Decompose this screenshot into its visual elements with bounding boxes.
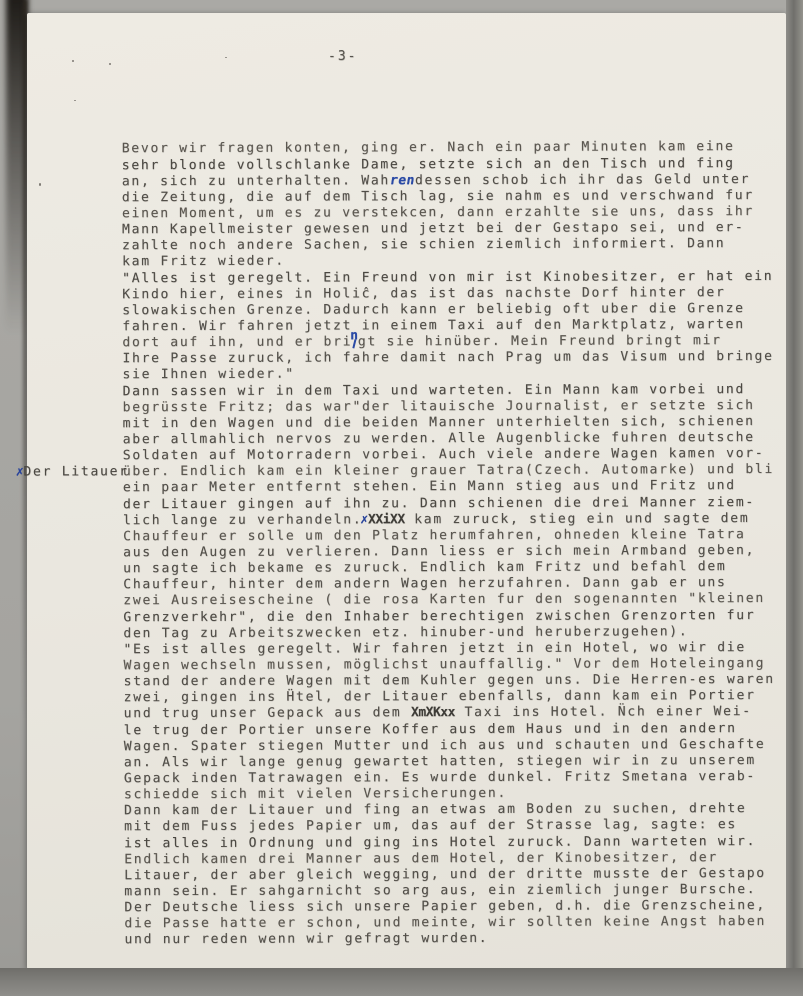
text-segment: mit in den Wagen und die beiden Manner u… bbox=[123, 414, 755, 431]
text-segment: "Es ist alles geregelt. Wir fahren jetzt… bbox=[123, 640, 746, 657]
blue-hand-mark: ren bbox=[389, 173, 416, 189]
text-segment: sehr blonde vollschlanke Dame, setzte si… bbox=[122, 156, 735, 173]
text-segment: an. Als wir lange genug gewartet hatten,… bbox=[124, 753, 756, 770]
paper-speck bbox=[39, 183, 41, 186]
scanner-right-margin bbox=[786, 0, 803, 996]
text-line: zahlte noch andere Sachen, sie schien zi… bbox=[122, 236, 803, 255]
text-segment: Kindo hier, eines in Holiĉ, das ist das … bbox=[122, 285, 725, 302]
text-segment: kam Fritz wieder. bbox=[122, 254, 285, 270]
text-segment: Soldaten auf Motorradern vorbei. Auch vi… bbox=[123, 446, 765, 463]
text-segment: lich lange zu verhandeln. bbox=[123, 512, 362, 528]
text-segment: schiedde sich mit vielen Versicherungen. bbox=[124, 786, 507, 802]
text-segment: Endlich kamen drei Manner aus dem Hotel,… bbox=[124, 850, 718, 867]
text-segment: aus den Augen zu verlieren. Dann liess e… bbox=[123, 543, 755, 560]
blue-sup-mark: n bbox=[350, 329, 360, 344]
text-segment: Gepack inden Tatrawagen ein. Es wurde du… bbox=[124, 769, 756, 786]
text-segment: "Alles ist geregelt. Ein Freund von mir … bbox=[122, 269, 773, 286]
text-segment: zahlte noch andere Sachen, sie schien zi… bbox=[122, 236, 725, 253]
text-line: und nur reden wenn wir gefragt wurden. bbox=[124, 930, 803, 949]
page-number: -3- bbox=[328, 49, 357, 64]
text-segment: Grenzverkehr", die den Inhaber berechtig… bbox=[123, 608, 755, 625]
text-segment: dort auf ihn, und er bri bbox=[122, 335, 352, 351]
text-segment: über. Endlich kam ein kleiner grauer Tat… bbox=[123, 462, 774, 479]
strike-mark: XXiXX bbox=[368, 512, 405, 527]
text-line: die Passe hatte er schon, und meinte, wi… bbox=[124, 914, 803, 933]
scanner-bottom-margin bbox=[0, 968, 803, 996]
scanner-background: -3- ✗Der Litauer Bevor wir fragen konten… bbox=[0, 0, 803, 996]
strike-mark: XmXKxx bbox=[411, 705, 455, 720]
text-line: Ihre Passe zuruck, ich fahre damit nach … bbox=[122, 349, 803, 368]
text-segment: gt sie hinüber. Mein Freund bringt mir bbox=[358, 333, 722, 349]
text-segment: ist alles in Ordnung und ging ins Hotel … bbox=[124, 834, 756, 851]
text-segment: dessen schob ich ihr das Geld unter bbox=[415, 172, 750, 188]
text-line: Gepack inden Tatrawagen ein. Es wurde du… bbox=[124, 769, 803, 788]
text-segment: Bevor wir fragen konten, ging er. Nach e… bbox=[122, 140, 735, 157]
text-segment: le trug der Portier unsere Koffer aus de… bbox=[124, 721, 737, 738]
text-segment: aber allmahlich nervos zu werden. Alle A… bbox=[123, 430, 755, 447]
document-page: -3- ✗Der Litauer Bevor wir fragen konten… bbox=[27, 13, 786, 969]
paper-speck bbox=[72, 60, 74, 62]
text-segment: zwei, gingen ins Ḧtel, der Litauer ebenf… bbox=[124, 688, 756, 705]
text-segment: zwei Ausreisescheine ( die rosa Karten f… bbox=[123, 591, 765, 608]
text-segment: die Zeitung, die auf dem Tisch lag, sie … bbox=[122, 188, 754, 205]
text-segment: an, sich zu unterhalten. Wah bbox=[122, 173, 390, 189]
margin-note: ✗Der Litauer bbox=[18, 464, 129, 481]
text-segment: mit dem Fuss jedes Papier um, das auf de… bbox=[124, 817, 737, 834]
text-segment: der Litauer gingen auf ihn zu. Dann schi… bbox=[123, 495, 755, 512]
paper-speck bbox=[109, 63, 111, 65]
text-segment: Ihre Passe zuruck, ich fahre damit nach … bbox=[122, 349, 773, 366]
text-segment: Der Deutsche liess sich unsere Papier ge… bbox=[124, 898, 766, 915]
text-line: Grenzverkehr", die den Inhaber berechtig… bbox=[123, 607, 803, 626]
text-segment: Chauffeur er solle um den Platz herumfah… bbox=[123, 527, 746, 544]
text-segment: Dann sassen wir in dem Taxi und warteten… bbox=[123, 382, 746, 399]
margin-note-text: Der Litauer bbox=[23, 464, 128, 479]
text-segment: Mann Kapellmeister gewesen und jetzt bei… bbox=[122, 220, 745, 237]
text-segment: Dann kam der Litauer und fing an etwas a… bbox=[124, 801, 747, 818]
text-segment: und nur reden wenn wir gefragt wurden. bbox=[124, 931, 488, 947]
text-segment: mann sein. Er sahgarnicht so arg aus, ei… bbox=[124, 882, 756, 899]
paper-speck bbox=[74, 100, 76, 101]
text-segment: un sagte ich bekame es zuruck. Endlich k… bbox=[123, 559, 726, 576]
text-segment: die Passe hatte er schon, und meinte, wi… bbox=[124, 914, 766, 931]
text-segment: Litauer, der aber gleich wegging, und de… bbox=[124, 866, 766, 883]
text-segment: kam zuruck, stieg ein und sagte dem bbox=[405, 511, 750, 527]
text-segment: Chauffeur, hinter dem andern Wagen herzu… bbox=[123, 575, 726, 592]
text-segment: einen Moment, um es zu verstekcen, dann … bbox=[122, 204, 754, 221]
text-segment: Taxi ins Hotel. N̈ch einer Wei- bbox=[455, 704, 752, 720]
text-segment: slowakischen Grenze. Dadurch kann er bel… bbox=[122, 301, 745, 318]
text-segment: fahren. Wir fahren jetzt in einem Taxi a… bbox=[122, 317, 745, 334]
text-segment: Wagen wechseln mussen, möglichst unauffa… bbox=[123, 656, 765, 673]
typed-text: ✗Der Litauer Bevor wir fragen konten, gi… bbox=[122, 91, 803, 949]
text-segment: begrüsste Fritz; das war"der litauische … bbox=[123, 398, 755, 415]
text-segment: stand der andere Wagen mit dem Kuhler ge… bbox=[124, 672, 775, 689]
text-segment: ein paar Meter entfernt stehen. Ein Mann… bbox=[123, 478, 736, 495]
text-segment: Wagen. Spater stiegen Mutter und ich aus… bbox=[124, 737, 766, 754]
paper-speck bbox=[225, 57, 227, 58]
text-segment: und trug unser Gepack aus dem bbox=[124, 706, 411, 722]
text-segment: den Tag zu Arbeitszwecken etz. hinuber-u… bbox=[123, 624, 688, 641]
text-segment: sie Ihnen wieder." bbox=[122, 367, 294, 383]
